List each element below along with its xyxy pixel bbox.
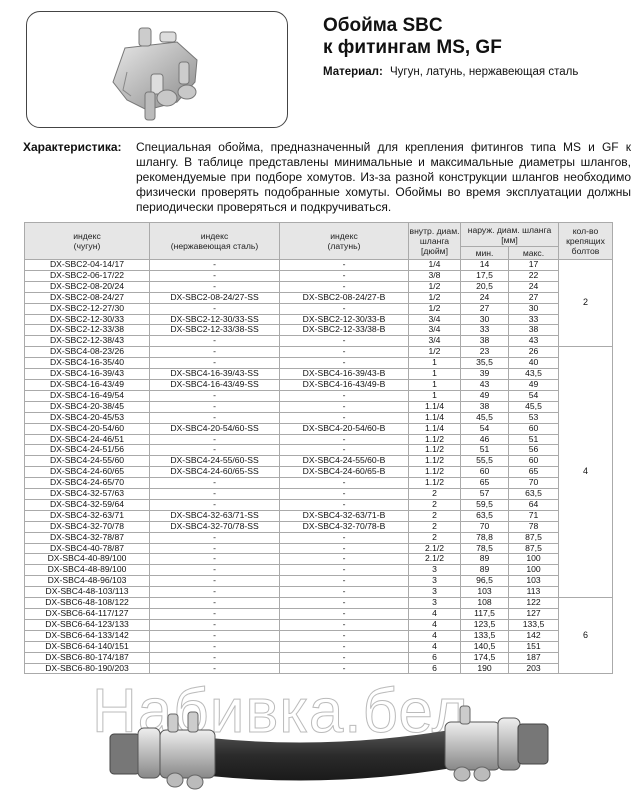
cell-outer-max: 60 [509,456,559,467]
cell-outer-max: 43 [509,336,559,347]
cell-outer-max: 38 [509,325,559,336]
cell-index-brass: - [280,390,409,401]
cell-index-brass: - [280,609,409,620]
cell-outer-max: 70 [509,478,559,489]
cell-index-brass: DX-SBC4-24-60/65-B [280,467,409,478]
cell-index-brass: - [280,270,409,281]
table-row: DX-SBC4-20-54/60DX-SBC4-20-54/60-SSDX-SB… [25,423,613,434]
cell-outer-max: 51 [509,434,559,445]
cell-outer-max: 127 [509,609,559,620]
cell-outer-max: 63,5 [509,489,559,500]
table-row: DX-SBC4-08-23/26--1/223264 [25,347,613,358]
cell-index-brass: - [280,412,409,423]
header-outer-diam: наруж. диам. шланга [мм] [461,223,559,247]
cell-index-brass: - [280,587,409,598]
table-row: DX-SBC6-80-190/203--6190203 [25,663,613,674]
table-row: DX-SBC2-06-17/22--3/817,522 [25,270,613,281]
cell-index-stainless: - [150,478,280,489]
cell-outer-min: 30 [461,314,509,325]
cell-index-stainless: - [150,587,280,598]
cell-outer-min: 78,8 [461,532,509,543]
cell-inner-diam: 1.1/2 [409,445,461,456]
cell-outer-min: 43 [461,379,509,390]
cell-inner-diam: 3 [409,576,461,587]
cell-index-brass: - [280,652,409,663]
cell-index-stainless: DX-SBC4-24-60/65-SS [150,467,280,478]
material-value: Чугун, латунь, нержавеющая сталь [390,66,578,78]
cell-inner-diam: 1/4 [409,260,461,271]
cell-index-cast-iron: DX-SBC4-16-43/49 [25,379,150,390]
cell-index-stainless: DX-SBC2-08-24/27-SS [150,292,280,303]
table-row: DX-SBC2-12-27/30--1/22730 [25,303,613,314]
table-row: DX-SBC4-24-55/60DX-SBC4-24-55/60-SSDX-SB… [25,456,613,467]
cell-index-stainless: DX-SBC4-16-39/43-SS [150,369,280,380]
cell-index-brass: DX-SBC2-12-33/38-B [280,325,409,336]
cell-index-brass: DX-SBC4-32-63/71-B [280,510,409,521]
cell-outer-min: 70 [461,521,509,532]
cell-outer-min: 89 [461,565,509,576]
cell-outer-max: 103 [509,576,559,587]
table-row: DX-SBC4-24-51/56--1.1/25156 [25,445,613,456]
cell-outer-min: 60 [461,467,509,478]
cell-outer-max: 40 [509,358,559,369]
sbc-clamp-photo [27,12,287,127]
table-row: DX-SBC6-80-174/187--6174,5187 [25,652,613,663]
table-row: DX-SBC2-04-14/17--1/414172 [25,260,613,271]
table-row: DX-SBC4-40-78/87--2.1/278,587,5 [25,543,613,554]
table-row: DX-SBC4-16-35/40--135,540 [25,358,613,369]
cell-index-brass: - [280,641,409,652]
cell-inner-diam: 1/2 [409,292,461,303]
cell-index-cast-iron: DX-SBC4-32-78/87 [25,532,150,543]
cell-index-cast-iron: DX-SBC2-08-24/27 [25,292,150,303]
cell-index-stainless: - [150,336,280,347]
cell-index-cast-iron: DX-SBC4-08-23/26 [25,347,150,358]
cell-index-brass: - [280,543,409,554]
cell-index-cast-iron: DX-SBC4-48-103/113 [25,587,150,598]
cell-index-cast-iron: DX-SBC4-32-70/78 [25,521,150,532]
cell-index-brass: - [280,434,409,445]
cell-inner-diam: 3/8 [409,270,461,281]
page-title: Обойма SBC к фитингам MS, GF [323,15,502,59]
cell-index-brass: - [280,565,409,576]
cell-index-stainless: - [150,609,280,620]
cell-index-cast-iron: DX-SBC4-40-89/100 [25,554,150,565]
cell-outer-min: 49 [461,390,509,401]
cell-inner-diam: 4 [409,641,461,652]
cell-index-cast-iron: DX-SBC4-48-89/100 [25,565,150,576]
cell-index-cast-iron: DX-SBC4-40-78/87 [25,543,150,554]
cell-outer-min: 24 [461,292,509,303]
table-row: DX-SBC6-64-123/133--4123,5133,5 [25,619,613,630]
cell-index-brass: - [280,554,409,565]
cell-inner-diam: 1 [409,379,461,390]
cell-outer-max: 78 [509,521,559,532]
cell-outer-max: 133,5 [509,619,559,630]
cell-index-brass: - [280,401,409,412]
cell-index-cast-iron: DX-SBC2-12-30/33 [25,314,150,325]
cell-inner-diam: 2 [409,499,461,510]
cell-index-brass: - [280,260,409,271]
cell-index-stainless: DX-SBC4-16-43/49-SS [150,379,280,390]
cell-index-stainless: DX-SBC2-12-30/33-SS [150,314,280,325]
cell-outer-max: 22 [509,270,559,281]
cell-outer-max: 26 [509,347,559,358]
table-row: DX-SBC4-48-103/113--3103113 [25,587,613,598]
cell-index-cast-iron: DX-SBC4-24-55/60 [25,456,150,467]
cell-index-stainless: - [150,281,280,292]
table-row: DX-SBC2-12-38/43--3/43843 [25,336,613,347]
cell-bolt-count: 2 [559,260,613,347]
cell-inner-diam: 1.1/2 [409,467,461,478]
cell-index-brass: - [280,336,409,347]
cell-outer-max: 87,5 [509,543,559,554]
cell-outer-min: 45,5 [461,412,509,423]
cell-outer-min: 78,5 [461,543,509,554]
cell-index-brass: - [280,532,409,543]
cell-outer-max: 43,5 [509,369,559,380]
cell-outer-max: 30 [509,303,559,314]
cell-outer-max: 56 [509,445,559,456]
header-inner-diam: внутр. диам. шланга [дюйм] [409,223,461,260]
cell-index-stainless: DX-SBC4-24-55/60-SS [150,456,280,467]
cell-index-brass: DX-SBC4-16-43/49-B [280,379,409,390]
cell-index-brass: - [280,576,409,587]
cell-outer-min: 140,5 [461,641,509,652]
cell-outer-max: 203 [509,663,559,674]
cell-outer-min: 108 [461,598,509,609]
cell-outer-max: 64 [509,499,559,510]
table-row: DX-SBC4-24-46/51--1.1/24651 [25,434,613,445]
cell-index-brass: - [280,358,409,369]
cell-outer-min: 23 [461,347,509,358]
header-stainless: индекс (нержавеющая сталь) [150,223,280,260]
cell-inner-diam: 4 [409,609,461,620]
cell-outer-min: 57 [461,489,509,500]
cell-index-cast-iron: DX-SBC4-20-54/60 [25,423,150,434]
cell-outer-min: 39 [461,369,509,380]
cell-index-stainless: - [150,412,280,423]
cell-inner-diam: 3/4 [409,336,461,347]
cell-index-cast-iron: DX-SBC6-64-133/142 [25,630,150,641]
cell-index-cast-iron: DX-SBC4-16-49/54 [25,390,150,401]
cell-index-brass: DX-SBC4-24-55/60-B [280,456,409,467]
cell-index-cast-iron: DX-SBC6-64-117/127 [25,609,150,620]
cell-index-cast-iron: DX-SBC6-48-108/122 [25,598,150,609]
cell-index-cast-iron: DX-SBC4-48-96/103 [25,576,150,587]
cell-inner-diam: 3/4 [409,325,461,336]
cell-outer-max: 60 [509,423,559,434]
cell-inner-diam: 1 [409,358,461,369]
cell-index-cast-iron: DX-SBC4-32-63/71 [25,510,150,521]
header-min: мин. [461,247,509,260]
cell-outer-min: 54 [461,423,509,434]
cell-inner-diam: 1.1/4 [409,423,461,434]
spec-table-body: DX-SBC2-04-14/17--1/414172DX-SBC2-06-17/… [25,260,613,674]
cell-outer-min: 133,5 [461,630,509,641]
cell-bolt-count: 6 [559,598,613,674]
cell-index-cast-iron: DX-SBC4-32-57/63 [25,489,150,500]
cell-index-stainless: - [150,641,280,652]
cell-inner-diam: 4 [409,630,461,641]
cell-index-brass: - [280,598,409,609]
cell-index-cast-iron: DX-SBC2-04-14/17 [25,260,150,271]
cell-index-brass: - [280,478,409,489]
cell-index-stainless: - [150,663,280,674]
cell-inner-diam: 2 [409,521,461,532]
cell-outer-max: 142 [509,630,559,641]
cell-index-stainless: - [150,303,280,314]
table-row: DX-SBC2-12-30/33DX-SBC2-12-30/33-SSDX-SB… [25,314,613,325]
table-row: DX-SBC4-24-65/70--1.1/26570 [25,478,613,489]
cell-index-brass: - [280,347,409,358]
table-row: DX-SBC4-16-39/43DX-SBC4-16-39/43-SSDX-SB… [25,369,613,380]
table-row: DX-SBC2-12-33/38DX-SBC2-12-33/38-SSDX-SB… [25,325,613,336]
cell-outer-max: 187 [509,652,559,663]
cell-index-cast-iron: DX-SBC4-24-51/56 [25,445,150,456]
cell-index-stainless: - [150,652,280,663]
cell-outer-max: 17 [509,260,559,271]
cell-index-cast-iron: DX-SBC2-12-27/30 [25,303,150,314]
cell-outer-min: 117,5 [461,609,509,620]
cell-inner-diam: 1.1/4 [409,401,461,412]
cell-outer-min: 38 [461,336,509,347]
header-max: макс. [509,247,559,260]
title-line-2: к фитингам MS, GF [323,37,502,59]
cell-index-stainless: - [150,630,280,641]
cell-inner-diam: 4 [409,619,461,630]
table-row: DX-SBC2-08-24/27DX-SBC2-08-24/27-SSDX-SB… [25,292,613,303]
cell-outer-max: 27 [509,292,559,303]
cell-index-cast-iron: DX-SBC6-64-123/133 [25,619,150,630]
cell-outer-min: 103 [461,587,509,598]
cell-inner-diam: 6 [409,652,461,663]
material-info: Материал: Чугун, латунь, нержавеющая ста… [323,66,578,78]
cell-inner-diam: 1/2 [409,281,461,292]
cell-outer-min: 174,5 [461,652,509,663]
cell-index-stainless: - [150,598,280,609]
cell-inner-diam: 2.1/2 [409,543,461,554]
cell-index-stainless: - [150,445,280,456]
cell-index-stainless: DX-SBC2-12-33/38-SS [150,325,280,336]
header-cast-iron: индекс (чугун) [25,223,150,260]
cell-outer-min: 59,5 [461,499,509,510]
table-row: DX-SBC2-08-20/24--1/220,524 [25,281,613,292]
cell-index-brass: DX-SBC2-08-24/27-B [280,292,409,303]
table-row: DX-SBC4-32-59/64--259,564 [25,499,613,510]
cell-outer-max: 33 [509,314,559,325]
cell-index-stainless: - [150,499,280,510]
cell-index-stainless: - [150,390,280,401]
cell-index-cast-iron: DX-SBC2-12-38/43 [25,336,150,347]
table-row: DX-SBC6-64-117/127--4117,5127 [25,609,613,620]
cell-index-cast-iron: DX-SBC4-20-38/45 [25,401,150,412]
cell-inner-diam: 1 [409,369,461,380]
cell-index-stainless: - [150,489,280,500]
cell-inner-diam: 2 [409,489,461,500]
cell-outer-min: 51 [461,445,509,456]
cell-inner-diam: 1.1/4 [409,412,461,423]
table-row: DX-SBC6-48-108/122--31081226 [25,598,613,609]
table-row: DX-SBC4-48-89/100--389100 [25,565,613,576]
cell-inner-diam: 1.1/2 [409,478,461,489]
table-row: DX-SBC4-48-96/103--396,5103 [25,576,613,587]
cell-outer-min: 65 [461,478,509,489]
cell-index-cast-iron: DX-SBC4-20-45/53 [25,412,150,423]
cell-index-stainless: - [150,576,280,587]
cell-index-brass: - [280,663,409,674]
cell-inner-diam: 2 [409,510,461,521]
cell-index-cast-iron: DX-SBC6-80-174/187 [25,652,150,663]
table-row: DX-SBC4-20-38/45--1.1/43845,5 [25,401,613,412]
cell-index-brass: - [280,303,409,314]
title-line-1: Обойма SBC [323,15,502,37]
cell-outer-max: 54 [509,390,559,401]
cell-inner-diam: 1.1/2 [409,456,461,467]
cell-index-stainless: - [150,401,280,412]
cell-inner-diam: 3 [409,598,461,609]
table-row: DX-SBC4-16-49/54--14954 [25,390,613,401]
cell-outer-max: 24 [509,281,559,292]
cell-index-cast-iron: DX-SBC4-16-35/40 [25,358,150,369]
description-text: Специальная обойма, предназначенный для … [136,140,631,215]
cell-inner-diam: 3 [409,565,461,576]
cell-index-brass: - [280,499,409,510]
header-bolts: кол-во крепящих болтов [559,223,613,260]
cell-inner-diam: 3/4 [409,314,461,325]
cell-index-stainless: - [150,565,280,576]
cell-outer-min: 55,5 [461,456,509,467]
cell-outer-min: 33 [461,325,509,336]
cell-index-cast-iron: DX-SBC4-32-59/64 [25,499,150,510]
cell-outer-max: 49 [509,379,559,390]
description-label: Характеристика: [23,140,122,155]
cell-index-cast-iron: DX-SBC4-24-65/70 [25,478,150,489]
cell-outer-min: 89 [461,554,509,565]
spec-table: индекс (чугун) индекс (нержавеющая сталь… [24,222,613,674]
cell-outer-max: 45,5 [509,401,559,412]
cell-inner-diam: 2 [409,532,461,543]
cell-outer-max: 100 [509,554,559,565]
cell-inner-diam: 1.1/2 [409,434,461,445]
cell-outer-min: 46 [461,434,509,445]
cell-bolt-count: 4 [559,347,613,598]
cell-outer-min: 63,5 [461,510,509,521]
cell-index-brass: - [280,281,409,292]
cell-index-stainless: - [150,347,280,358]
table-row: DX-SBC6-64-133/142--4133,5142 [25,630,613,641]
cell-index-cast-iron: DX-SBC2-08-20/24 [25,281,150,292]
cell-index-cast-iron: DX-SBC6-64-140/151 [25,641,150,652]
table-row: DX-SBC4-40-89/100--2.1/289100 [25,554,613,565]
cell-index-stainless: - [150,543,280,554]
cell-outer-max: 53 [509,412,559,423]
table-row: DX-SBC4-16-43/49DX-SBC4-16-43/49-SSDX-SB… [25,379,613,390]
cell-index-stainless: - [150,619,280,630]
cell-index-stainless: DX-SBC4-32-63/71-SS [150,510,280,521]
cell-index-brass: DX-SBC4-16-39/43-B [280,369,409,380]
cell-outer-max: 71 [509,510,559,521]
cell-index-brass: - [280,619,409,630]
cell-outer-min: 38 [461,401,509,412]
cell-index-brass: DX-SBC4-20-54/60-B [280,423,409,434]
cell-outer-min: 17,5 [461,270,509,281]
cell-inner-diam: 6 [409,663,461,674]
table-row: DX-SBC4-32-78/87--278,887,5 [25,532,613,543]
cell-index-cast-iron: DX-SBC6-80-190/203 [25,663,150,674]
material-label: Материал: [323,66,383,78]
table-row: DX-SBC4-32-57/63--25763,5 [25,489,613,500]
cell-outer-max: 151 [509,641,559,652]
cell-outer-min: 27 [461,303,509,314]
cell-index-cast-iron: DX-SBC2-06-17/22 [25,270,150,281]
cell-outer-max: 113 [509,587,559,598]
cell-index-stainless: DX-SBC4-20-54/60-SS [150,423,280,434]
cell-index-brass: - [280,630,409,641]
table-row: DX-SBC4-24-60/65DX-SBC4-24-60/65-SSDX-SB… [25,467,613,478]
cell-index-brass: DX-SBC4-32-70/78-B [280,521,409,532]
table-row: DX-SBC4-32-63/71DX-SBC4-32-63/71-SSDX-SB… [25,510,613,521]
cell-index-brass: - [280,489,409,500]
cell-outer-min: 20,5 [461,281,509,292]
cell-index-stainless: - [150,260,280,271]
hose-assembly-photo [100,700,560,790]
header-brass: индекс (латунь) [280,223,409,260]
product-photo-frame [26,11,288,128]
cell-index-cast-iron: DX-SBC4-16-39/43 [25,369,150,380]
cell-index-brass: - [280,445,409,456]
cell-index-stainless: - [150,554,280,565]
table-row: DX-SBC4-32-70/78DX-SBC4-32-70/78-SSDX-SB… [25,521,613,532]
cell-outer-min: 123,5 [461,619,509,630]
cell-inner-diam: 1/2 [409,303,461,314]
cell-outer-min: 35,5 [461,358,509,369]
cell-index-stainless: - [150,270,280,281]
cell-outer-max: 87,5 [509,532,559,543]
cell-index-cast-iron: DX-SBC4-24-60/65 [25,467,150,478]
cell-index-stainless: - [150,358,280,369]
cell-inner-diam: 1 [409,390,461,401]
cell-index-cast-iron: DX-SBC4-24-46/51 [25,434,150,445]
cell-inner-diam: 1/2 [409,347,461,358]
cell-outer-min: 96,5 [461,576,509,587]
table-row: DX-SBC6-64-140/151--4140,5151 [25,641,613,652]
cell-index-stainless: DX-SBC4-32-70/78-SS [150,521,280,532]
table-row: DX-SBC4-20-45/53--1.1/445,553 [25,412,613,423]
cell-outer-min: 14 [461,260,509,271]
cell-index-stainless: - [150,532,280,543]
cell-outer-max: 100 [509,565,559,576]
cell-inner-diam: 2.1/2 [409,554,461,565]
cell-inner-diam: 3 [409,587,461,598]
cell-index-stainless: - [150,434,280,445]
cell-outer-max: 65 [509,467,559,478]
cell-outer-max: 122 [509,598,559,609]
cell-outer-min: 190 [461,663,509,674]
cell-index-brass: DX-SBC2-12-30/33-B [280,314,409,325]
cell-index-cast-iron: DX-SBC2-12-33/38 [25,325,150,336]
